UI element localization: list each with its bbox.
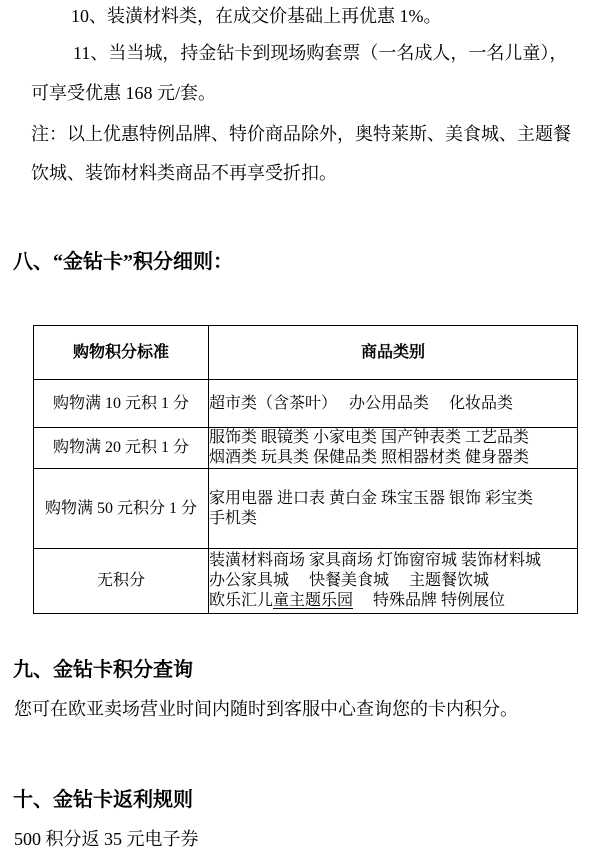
categories-cell: 装潢材料商场 家具商场 灯饰窗帘城 装饰材料城 办公家具城 快餐美食城 主题餐饮…: [209, 549, 578, 614]
note-line2: 饮城、装饰材料类商品不再享受折扣。: [31, 162, 337, 184]
categories-line-fragment: 欧乐汇儿: [209, 592, 273, 609]
header-label-categories: 商品类别: [209, 343, 577, 363]
categories-line: 手机类: [209, 509, 577, 529]
standard-text: 无积分: [34, 571, 208, 591]
categories-line-underlined-fragment: 童主题乐园: [273, 592, 353, 609]
categories-line: 办公家具城 快餐美食城 主题餐饮城: [209, 571, 577, 591]
discount-item-10: 10、装潢材料类，在成交价基础上再优惠 1%。: [71, 5, 442, 27]
standard-cell: 购物满 10 元积 1 分: [34, 380, 209, 428]
table-row: 无积分 装潢材料商场 家具商场 灯饰窗帘城 装饰材料城 办公家具城 快餐美食城 …: [34, 549, 578, 614]
header-cell-categories: 商品类别: [209, 326, 578, 380]
table-row: 购物满 20 元积 1 分 服饰类 眼镜类 小家电类 国产钟表类 工艺品类 烟酒…: [34, 428, 578, 469]
table-row: 购物满 50 元积分 1 分 家用电器 进口表 黄白金 珠宝玉器 银饰 彩宝类 …: [34, 469, 578, 549]
categories-line: 装潢材料商场 家具商场 灯饰窗帘城 装饰材料城: [209, 551, 577, 571]
standard-text: 购物满 20 元积 1 分: [34, 438, 208, 458]
section-eight-heading: 八、“金钻卡”积分细则：: [13, 249, 233, 275]
table-header-row: 购物积分标准 商品类别: [34, 326, 578, 380]
standard-cell: 购物满 50 元积分 1 分: [34, 469, 209, 549]
categories-cell: 家用电器 进口表 黄白金 珠宝玉器 银饰 彩宝类 手机类: [209, 469, 578, 549]
standard-cell: 购物满 20 元积 1 分: [34, 428, 209, 469]
document-page: 10、装潢材料类，在成交价基础上再优惠 1%。 11、当当城，持金钻卡到现场购套…: [0, 0, 600, 853]
table-row: 购物满 10 元积 1 分 超市类（含茶叶） 办公用品类 化妆品类: [34, 380, 578, 428]
section-ten-body: 500 积分返 35 元电子券: [14, 828, 199, 850]
categories-line: 烟酒类 玩具类 保健品类 照相器材类 健身器类: [209, 448, 577, 468]
standard-text: 购物满 10 元积 1 分: [34, 394, 208, 414]
categories-line: 服饰类 眼镜类 小家电类 国产钟表类 工艺品类: [209, 428, 577, 448]
section-nine-heading: 九、金钻卡积分查询: [13, 657, 193, 683]
discount-item-11-line2: 可享受优惠 168 元/套。: [31, 82, 216, 104]
note-line1: 注：以上优惠特例品牌、特价商品除外，奥特莱斯、美食城、主题餐: [31, 123, 571, 145]
categories-cell: 服饰类 眼镜类 小家电类 国产钟表类 工艺品类 烟酒类 玩具类 保健品类 照相器…: [209, 428, 578, 469]
header-label-standard: 购物积分标准: [34, 343, 208, 363]
discount-item-11-line1: 11、当当城，持金钻卡到现场购套票（一名成人，一名儿童），: [73, 42, 567, 64]
standard-text: 购物满 50 元积分 1 分: [34, 499, 208, 519]
categories-line: 欧乐汇儿童主题乐园 特殊品牌 特例展位: [209, 591, 577, 611]
standard-cell: 无积分: [34, 549, 209, 614]
categories-cell: 超市类（含茶叶） 办公用品类 化妆品类: [209, 380, 578, 428]
categories-line: 超市类（含茶叶） 办公用品类 化妆品类: [209, 394, 577, 414]
header-cell-standard: 购物积分标准: [34, 326, 209, 380]
categories-line-fragment: 特殊品牌 特例展位: [353, 592, 505, 609]
categories-line: 家用电器 进口表 黄白金 珠宝玉器 银饰 彩宝类: [209, 489, 577, 509]
section-ten-heading: 十、金钻卡返利规则: [13, 787, 193, 813]
points-rules-table: 购物积分标准 商品类别 购物满 10 元积 1 分 超市类（含茶叶） 办公用品类…: [33, 325, 578, 614]
section-nine-body: 您可在欧亚卖场营业时间内随时到客服中心查询您的卡内积分。: [14, 698, 518, 720]
